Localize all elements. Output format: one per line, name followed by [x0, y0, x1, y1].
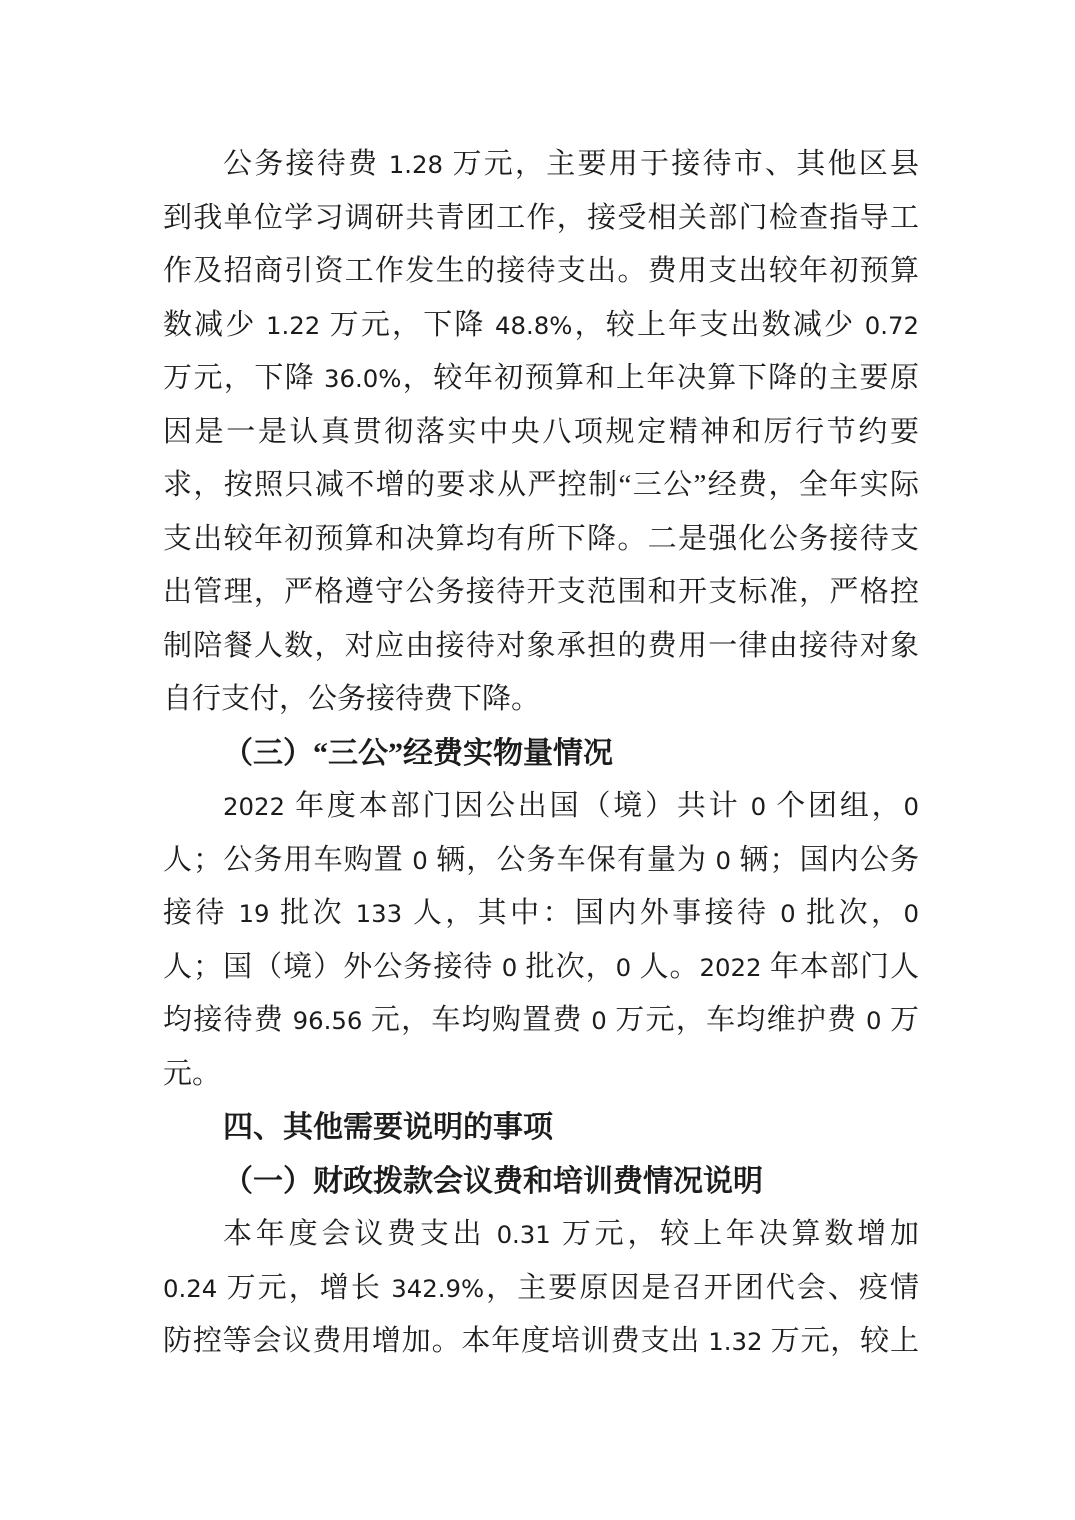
section-heading-other-items: 四、其他需要说明的事项 — [163, 1101, 919, 1155]
numeral: 19 — [239, 899, 270, 928]
numeral: 342.9% — [391, 1274, 484, 1303]
numeral: 48.8% — [495, 311, 572, 340]
body-text-line: 因是一是认真贯彻落实中央八项规定精神和厉行节约要 — [163, 406, 919, 460]
numeral: 0 — [591, 1006, 607, 1035]
paragraph-end-line: 自行支付，公务接待费下降。 — [163, 673, 919, 727]
body-text-line: 接待 19 批次 133 人，其中：国内外事接待 0 批次，0 — [163, 887, 919, 941]
body-text-line: 均接待费 96.56 元，车均购置费 0 万元，车均维护费 0 万 — [163, 994, 919, 1048]
body-text-line: 防控等会议费用增加。本年度培训费支出 1.32 万元，较上 — [163, 1315, 919, 1369]
body-text-line: 0.24 万元，增长 342.9%，主要原因是召开团代会、疫情 — [163, 1262, 919, 1316]
body-text-line: 本年度会议费支出 0.31 万元，较上年决算数增加 — [163, 1208, 919, 1262]
numeral: 0 — [616, 953, 632, 982]
numeral: 0 — [903, 792, 919, 821]
numeral: 1.28 — [389, 150, 443, 179]
numeral: 1.22 — [266, 311, 320, 340]
body-text-line: 求，按照只减不增的要求从严控制“三公”经费，全年实际 — [163, 459, 919, 513]
body-text-line: 人；国（境）外公务接待 0 批次，0 人。2022 年本部门人 — [163, 941, 919, 995]
body-text-line: 人；公务用车购置 0 辆，公务车保有量为 0 辆；国内公务 — [163, 834, 919, 888]
body-text-line: 支出较年初预算和决算均有所下降。二是强化公务接待支 — [163, 513, 919, 567]
numeral: 133 — [356, 899, 403, 928]
body-text-line: 万元，下降 36.0%，较年初预算和上年决算下降的主要原 — [163, 352, 919, 406]
numeral: 0 — [903, 899, 919, 928]
body-text-line: 公务接待费 1.28 万元，主要用于接待市、其他区县 — [163, 138, 919, 192]
numeral: 0 — [502, 953, 518, 982]
numeral: 36.0% — [324, 364, 401, 393]
body-text-line: 2022 年度本部门因公出国（境）共计 0 个团组，0 — [163, 780, 919, 834]
numeral: 0.72 — [865, 311, 919, 340]
paragraph-end-line: 元。 — [163, 1048, 919, 1102]
numeral: 1.32 — [708, 1327, 762, 1356]
numeral: 2022 — [700, 953, 762, 982]
body-text-line: 制陪餐人数，对应由接待对象承担的费用一律由接待对象 — [163, 620, 919, 674]
numeral: 96.56 — [293, 1006, 363, 1035]
body-text-line: 出管理，严格遵守公务接待开支范围和开支标准，严格控 — [163, 566, 919, 620]
body-text-line: 作及招商引资工作发生的接待支出。费用支出较年初预算 — [163, 245, 919, 299]
numeral: 0 — [751, 792, 767, 821]
numeral: 0 — [866, 1006, 882, 1035]
document-body: 公务接待费 1.28 万元，主要用于接待市、其他区县 到我单位学习调研共青团工作… — [163, 138, 919, 1369]
numeral: 0.24 — [163, 1274, 217, 1303]
subsection-heading-sangong-physical: （三）“三公”经费实物量情况 — [163, 727, 919, 781]
document-page: 公务接待费 1.28 万元，主要用于接待市、其他区县 到我单位学习调研共青团工作… — [0, 0, 1075, 1520]
subsection-heading-meeting-training: （一）财政拨款会议费和培训费情况说明 — [163, 1155, 919, 1209]
body-text-line: 到我单位学习调研共青团工作，接受相关部门检查指导工 — [163, 192, 919, 246]
numeral: 0 — [412, 846, 428, 875]
numeral: 0.31 — [497, 1220, 551, 1249]
numeral: 2022 — [223, 792, 285, 821]
body-text-line: 数减少 1.22 万元，下降 48.8%，较上年支出数减少 0.72 — [163, 299, 919, 353]
numeral: 0 — [716, 846, 732, 875]
numeral: 0 — [780, 899, 796, 928]
